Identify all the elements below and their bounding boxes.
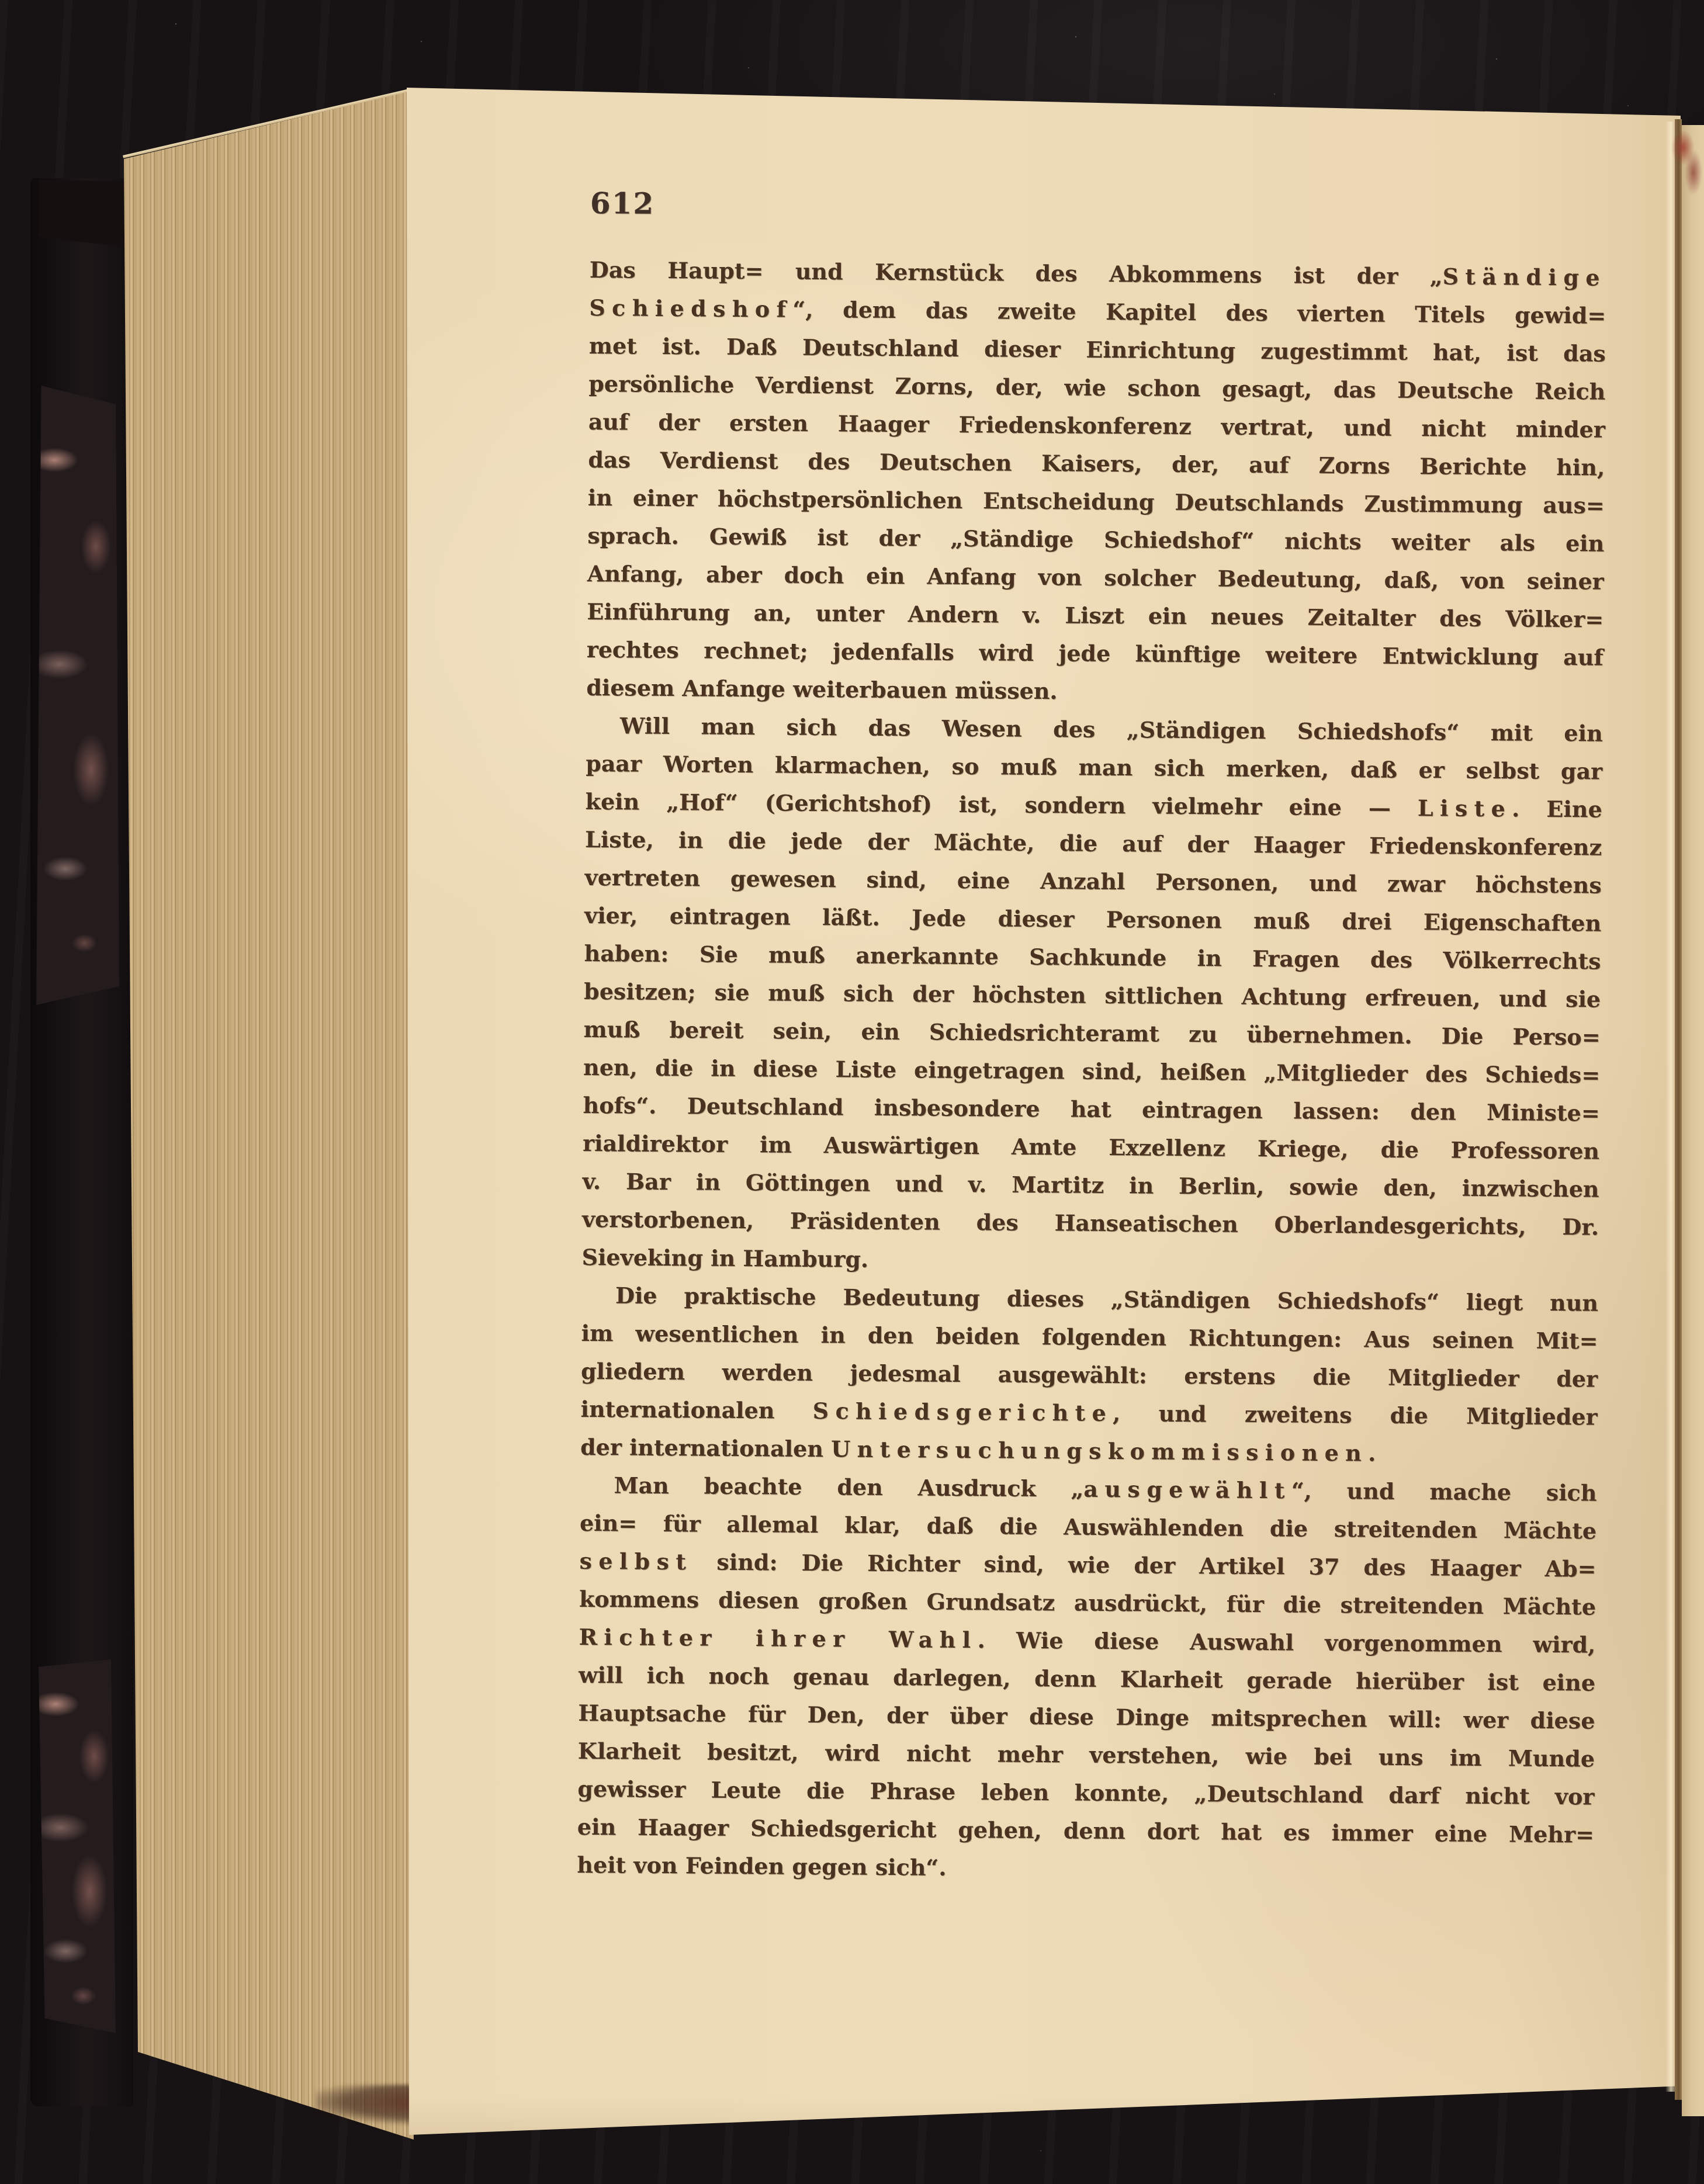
text-line: heit von Feinden gegen sich“. <box>577 1846 1594 1892</box>
page-number: 612 <box>590 186 1607 228</box>
gutter-ridge <box>1665 122 1675 2092</box>
dust-specks <box>175 23 176 25</box>
page-text: Das Haupt= und Kernstück des Abkommens i… <box>577 251 1606 1892</box>
book-photo: 612 Das Haupt= und Kernstück des Abkomme… <box>0 0 1704 2184</box>
print-area: 612 Das Haupt= und Kernstück des Abkomme… <box>577 186 1607 1892</box>
gutter-crease <box>1675 119 1682 2100</box>
marbled-endpaper <box>36 386 119 1005</box>
facing-page-sliver <box>1682 125 1704 2116</box>
red-edge-stain <box>1669 126 1704 197</box>
marbled-endpaper <box>39 1659 116 2033</box>
